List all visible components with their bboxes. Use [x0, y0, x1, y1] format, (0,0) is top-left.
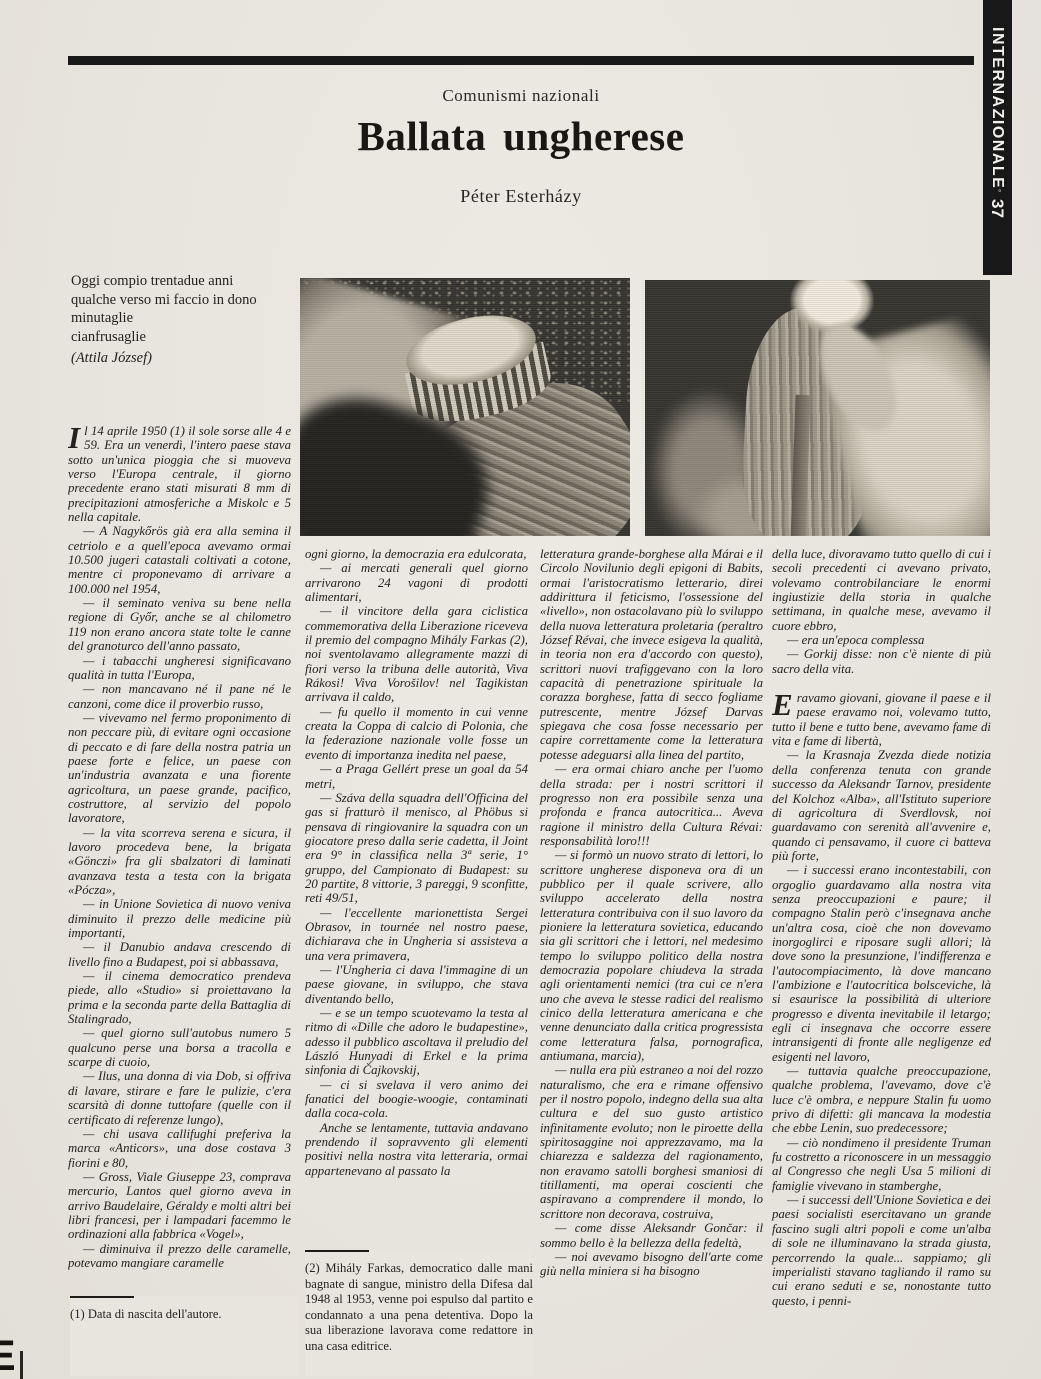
- page-edge-mark: [20, 1351, 23, 1379]
- poem-line: minutaglie: [71, 309, 301, 328]
- text-column-1: Il 14 aprile 1950 (1) il sole sorse alle…: [68, 424, 291, 1302]
- top-rule: [68, 56, 974, 65]
- article-header: Comunismi nazionali Ballata ungherese Pé…: [68, 86, 974, 207]
- paragraph: — nulla era più estraneo a noi del rozzo…: [540, 1063, 763, 1221]
- text-column-4: della luce, divoravamo tutto quello di c…: [772, 547, 991, 1308]
- paragraph: — tuttavia qualche preoccupazione, qualc…: [772, 1064, 991, 1136]
- magazine-page: INTERNAZIONALE ° 37 Comunismi nazionali …: [0, 0, 1041, 1379]
- photo-wood-carving: [645, 280, 990, 536]
- footnote-1: (1) Data di nascita dell'autore.: [70, 1296, 298, 1376]
- page-title: Ballata ungherese: [68, 112, 974, 160]
- paragraph: — ciò nondimeno il presidente Truman fu …: [772, 1136, 991, 1193]
- paragraph: — il Danubio andava crescendo di livello…: [68, 940, 291, 969]
- paragraph: — il seminato veniva su bene nella regio…: [68, 596, 291, 653]
- photo-grain: [300, 278, 630, 536]
- paragraph: della luce, divoravamo tutto quello di c…: [772, 547, 991, 633]
- paragraph: — Gorkij disse: non c'è niente di più sa…: [772, 647, 991, 676]
- poem-line: cianfrusaglie: [71, 328, 301, 347]
- paragraph: — Gross, Viale Giuseppe 23, comprava mer…: [68, 1170, 291, 1242]
- sidebar-mark: °: [983, 189, 1012, 192]
- page-number: 37: [983, 199, 1012, 218]
- poem-line: qualche verso mi faccio in dono: [71, 291, 301, 310]
- paragraph: — il vincitore della gara ciclistica com…: [305, 604, 528, 704]
- paragraph: ogni giorno, la democrazia era edulcorat…: [305, 547, 528, 561]
- paragraph: — a Praga Gellért prese un goal da 54 me…: [305, 762, 528, 791]
- footnote-divider: [70, 1296, 134, 1298]
- epigraph-poem: Oggi compio trentadue anniqualche verso …: [71, 272, 301, 368]
- author-byline: Péter Esterházy: [68, 186, 974, 207]
- paragraph: Il 14 aprile 1950 (1) il sole sorse alle…: [68, 424, 291, 524]
- footnote-2: (2) Mihály Farkas, democratico dalle man…: [305, 1250, 533, 1376]
- page-edge-letter: E: [0, 1332, 16, 1379]
- paragraph: — la vita scorreva serena e sicura, il l…: [68, 826, 291, 898]
- paragraph: — era ormai chiaro anche per l'uomo dell…: [540, 762, 763, 848]
- paragraph: — i successi erano incontestabili, con o…: [772, 863, 991, 1064]
- paragraph: — la Krasnaja Zvezda diede notizia della…: [772, 748, 991, 863]
- paragraph: — il cinema democratico prendeva piede, …: [68, 969, 291, 1026]
- footnote-text: (1) Data di nascita dell'autore.: [70, 1307, 298, 1323]
- paragraph: — l'eccellente marionettista Sergei Obra…: [305, 906, 528, 963]
- section-label: INTERNAZIONALE: [983, 27, 1012, 189]
- paragraph: — noi avevamo bisogno dell'arte come giù…: [540, 1250, 763, 1279]
- paragraph: — Száva della squadra dell'Officina del …: [305, 791, 528, 906]
- kicker: Comunismi nazionali: [68, 86, 974, 106]
- paragraph: — fu quello il momento in cui venne crea…: [305, 705, 528, 762]
- poem-lines: Oggi compio trentadue anniqualche verso …: [71, 272, 301, 346]
- section-sidebar: INTERNAZIONALE ° 37: [983, 0, 1012, 275]
- paragraph: — i successi dell'Unione Sovietica e dei…: [772, 1193, 991, 1308]
- paragraph: — come disse Aleksandr Gončar: il sommo …: [540, 1221, 763, 1250]
- paragraph: — in Unione Sovietica di nuovo veniva di…: [68, 897, 291, 940]
- paragraph: — diminuiva il prezzo delle caramelle, p…: [68, 1242, 291, 1271]
- photo-carved-vessel: [300, 278, 630, 536]
- paragraph: — si formò un nuovo strato di lettori, l…: [540, 848, 763, 1063]
- paragraph: — ci si svelava il vero animo dei fanati…: [305, 1078, 528, 1121]
- paragraph: — non mancavano né il pane né le canzoni…: [68, 682, 291, 711]
- paragraph: Eravamo giovani, giovane il paese e il p…: [772, 691, 991, 748]
- text-column-3: letteratura grande-borghese alla Márai e…: [540, 547, 763, 1279]
- text-column-2: ogni giorno, la democrazia era edulcorat…: [305, 547, 528, 1247]
- drop-cap: E: [772, 691, 797, 717]
- footnote-text: (2) Mihály Farkas, democratico dalle man…: [305, 1261, 533, 1355]
- drop-cap: I: [68, 424, 84, 450]
- paragraph: — quel giorno sull'autobus numero 5 qual…: [68, 1026, 291, 1069]
- paragraph: — era un'epoca complessa: [772, 633, 991, 647]
- paragraph: — e se un tempo scuotevamo la testa al r…: [305, 1006, 528, 1078]
- paragraph: letteratura grande-borghese alla Márai e…: [540, 547, 763, 762]
- paragraph: — A Nagykőrös già era alla semina il cet…: [68, 524, 291, 596]
- paragraph: — chi usava callifughi preferiva la marc…: [68, 1127, 291, 1170]
- paragraph: — Ilus, una donna di via Dob, si offriva…: [68, 1069, 291, 1126]
- footnote-divider: [305, 1250, 369, 1252]
- poem-line: Oggi compio trentadue anni: [71, 272, 301, 291]
- photo-grain: [645, 280, 990, 536]
- paragraph: — vivevamo nel fermo proponimento di non…: [68, 711, 291, 826]
- paragraph: Anche se lentamente, tuttavia andavano p…: [305, 1121, 528, 1178]
- paragraph: — ai mercati generali quel giorno arriva…: [305, 561, 528, 604]
- paragraph: — l'Ungheria ci dava l'immagine di un pa…: [305, 963, 528, 1006]
- poem-attribution: (Attila József): [71, 349, 301, 368]
- paragraph: — i tabacchi ungheresi significavano qua…: [68, 654, 291, 683]
